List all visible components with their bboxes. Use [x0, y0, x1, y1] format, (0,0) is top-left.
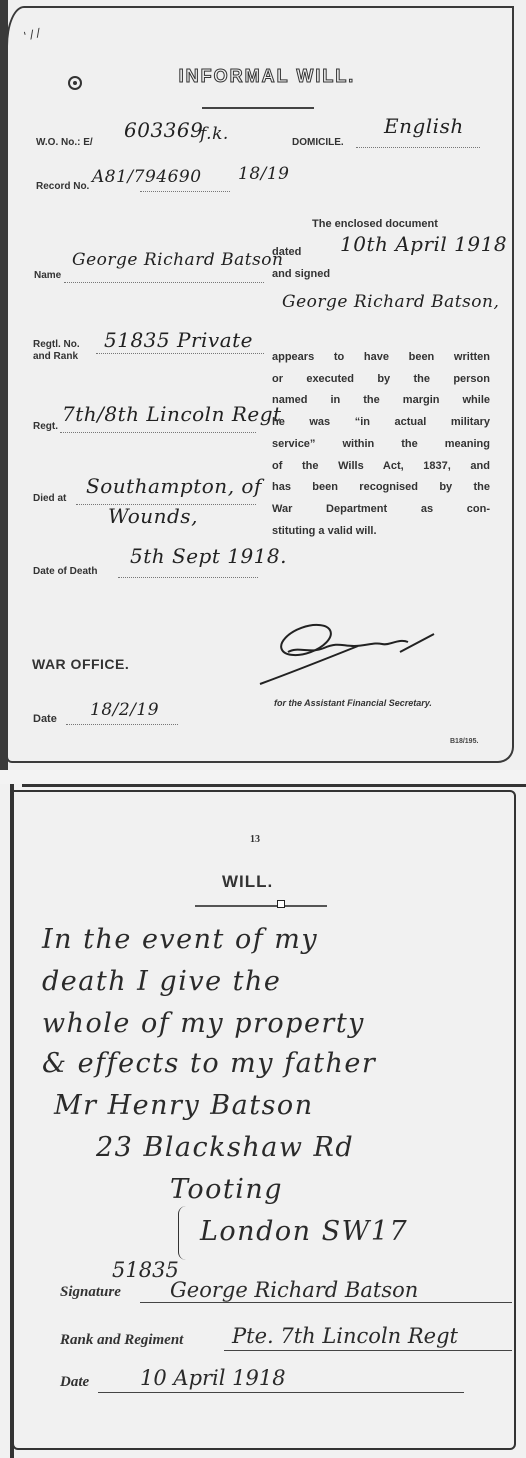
- name-value: George Richard Batson: [72, 250, 283, 270]
- date-of-death-value: 5th Sept 1918.: [130, 544, 287, 568]
- war-office-heading: WAR OFFICE.: [32, 656, 129, 672]
- record-no-value: A81/794690: [92, 167, 202, 187]
- name-label: Name: [34, 270, 61, 281]
- signature-line: [140, 1302, 512, 1303]
- statement-line: of the Wills Act, 1837, and: [272, 456, 490, 478]
- died-at-value: Southampton, of: [86, 474, 262, 498]
- domicile-line: [356, 147, 480, 148]
- will-page: 13 WILL. In the event of my death I give…: [0, 784, 526, 1458]
- statement-body: appears to have been written or executed…: [272, 347, 490, 542]
- rank-label: Rank and Regiment: [60, 1332, 183, 1349]
- rank-label: and Rank: [33, 351, 78, 362]
- regt-line: [60, 432, 256, 433]
- date-label: Date: [33, 713, 57, 725]
- signed-value: George Richard Batson,: [282, 292, 499, 312]
- dated-value: 10th April 1918: [340, 232, 507, 256]
- statement-line-1: The enclosed document: [312, 218, 438, 230]
- date-value: 10 April 1918: [140, 1366, 286, 1390]
- form-code: B18/195.: [450, 738, 478, 745]
- statement-line: stituting a valid will.: [272, 521, 490, 543]
- will-text-line: In the event of my: [42, 924, 318, 955]
- name-line: [64, 282, 264, 283]
- wo-no-value: 603369: [124, 118, 203, 142]
- died-at-label: Died at: [33, 493, 66, 504]
- official-signature-icon: [258, 612, 438, 692]
- will-text-line: death I give the: [42, 966, 281, 997]
- statement-line: War Department as con-: [272, 499, 490, 521]
- statement-line: named in the margin while: [272, 390, 490, 412]
- dated-label: dated: [272, 246, 301, 258]
- regt-value: 7th/8th Lincoln Regt: [62, 402, 282, 426]
- will-text-line: & effects to my father: [42, 1048, 376, 1079]
- selection-marker-icon: [277, 900, 285, 908]
- page-number: 13: [250, 834, 260, 845]
- date-line: [66, 724, 178, 725]
- title-divider: [202, 107, 314, 109]
- wo-no-label: W.O. No.: E/: [36, 137, 93, 148]
- statement-line: or executed by the person: [272, 369, 490, 391]
- page-title: INFORMAL WILL.: [152, 66, 382, 87]
- will-text-line: 23 Blackshaw Rd: [96, 1132, 354, 1163]
- informal-will-page: '// INFORMAL WILL. W.O. No.: E/ 603369 f…: [0, 0, 526, 770]
- regtl-no-value: 51835 Private: [104, 328, 253, 352]
- regtl-no-line: [96, 353, 264, 354]
- died-at-value-cont: Wounds,: [108, 504, 198, 528]
- date-value: 18/2/19: [90, 700, 159, 720]
- record-no-suffix: 18/19: [238, 164, 290, 184]
- scan-edge-top: [22, 784, 526, 787]
- regtl-no-label: Regtl. No.: [33, 339, 80, 350]
- regt-label: Regt.: [33, 421, 58, 432]
- signed-label: and signed: [272, 268, 330, 280]
- date-line: [98, 1392, 464, 1393]
- statement-line: service” within the meaning: [272, 434, 490, 456]
- rank-value: Pte. 7th Lincoln Regt: [232, 1324, 458, 1348]
- date-of-death-line: [118, 577, 258, 578]
- title-divider: [195, 905, 327, 907]
- record-no-label: Record No.: [36, 181, 89, 192]
- date-label: Date: [60, 1374, 89, 1391]
- service-number: 51835: [112, 1258, 179, 1282]
- statement-line: has been recognised by the: [272, 477, 490, 499]
- bracket-mark: [178, 1206, 186, 1260]
- signature-caption: for the Assistant Financial Secretary.: [274, 698, 432, 708]
- statement-line: appears to have been written: [272, 347, 490, 369]
- will-text-line: Tooting: [170, 1174, 283, 1205]
- rank-line: [224, 1350, 512, 1351]
- punch-hole-icon: [68, 76, 82, 90]
- signature-label: Signature: [60, 1284, 121, 1301]
- page-title: WILL.: [222, 872, 273, 892]
- will-text-line: Mr Henry Batson: [54, 1090, 314, 1121]
- date-of-death-label: Date of Death: [33, 566, 97, 577]
- wo-no-initials: f.k.: [200, 124, 229, 144]
- statement-line: he was “in actual military: [272, 412, 490, 434]
- domicile-label: DOMICILE.: [292, 137, 344, 148]
- record-no-line: [140, 191, 230, 192]
- will-text-line: whole of my property: [42, 1008, 365, 1039]
- will-text-line: London SW17: [200, 1216, 408, 1247]
- signature-value: George Richard Batson: [170, 1278, 418, 1302]
- domicile-value: English: [384, 114, 464, 138]
